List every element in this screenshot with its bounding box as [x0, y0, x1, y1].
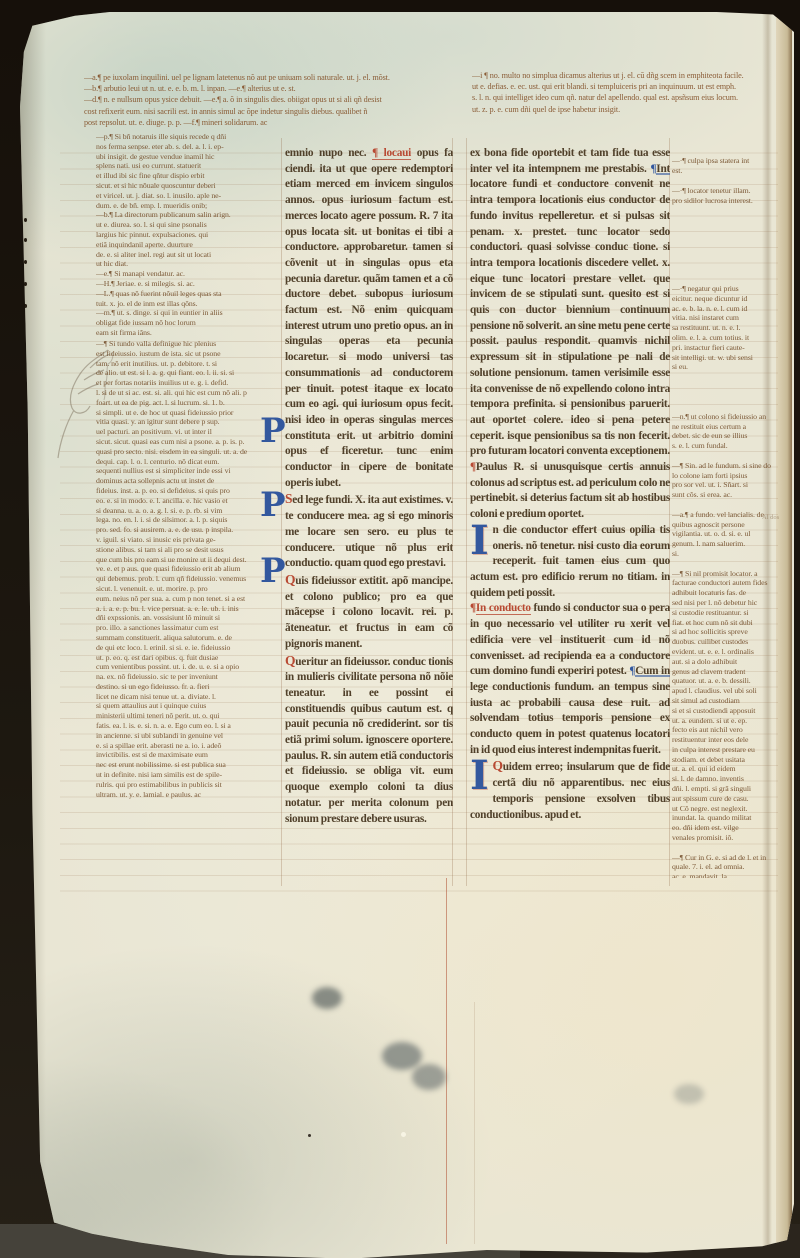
left-gloss-upper: —p.¶ Si bñ notaruis ille siquis recede q…	[96, 132, 284, 340]
right-gloss-4: —n.¶ ut colono si fideiussio an ne resti…	[672, 402, 784, 878]
top-gloss-left: —a.¶ pe iuxolam inquilini. uel pe lignam…	[84, 72, 480, 134]
margin-initial-P2: P	[260, 488, 286, 522]
left-gloss-lower: —¶ Si tundo valla definigue hic plenius …	[96, 339, 284, 811]
ink-stain	[312, 987, 342, 1009]
sewing-notch	[24, 260, 27, 264]
right-gloss-entry: —¶ Sin. ad le fundum. si sine do lo colo…	[672, 461, 784, 500]
col1-paragraph-4: Queritur an fideiussor. conduc tionis in…	[285, 653, 453, 828]
rubricated-phrase: ¶ locaui	[372, 147, 411, 160]
sewing-notch	[24, 282, 27, 286]
sewing-notch	[24, 218, 27, 222]
body-text: Paulus R. si unusquisque certis annuis c…	[470, 461, 670, 520]
body-text: opus fa ciendi. ita ut que opere redempt…	[285, 147, 453, 489]
body-text: ex bona fide oportebit et tam fide tua e…	[470, 147, 670, 175]
page-gutter-shade	[20, 12, 46, 1258]
body-text: emnio nupo nec.	[285, 147, 372, 159]
col1-paragraph-1: emnio nupo nec. ¶ locaui opus fa ciendi.…	[285, 146, 453, 491]
underlined-incipit: Cum in	[635, 665, 670, 677]
big-initial-I: I	[470, 760, 488, 792]
right-gloss-entry: —¶ Cur in G. e. si ad de l. et in quale.…	[672, 853, 784, 878]
manuscript-page: —a.¶ pe iuxolam inquilini. uel pe lignam…	[20, 12, 794, 1258]
right-gloss-3: —·¶ negatur qui prius eicitur. neque dic…	[672, 284, 780, 378]
faint-ruling-line	[474, 1002, 475, 1244]
top-gloss-right: —i ¶ no. multo no simplua dicamus alteri…	[472, 70, 794, 122]
sewing-notch	[24, 238, 27, 242]
red-ruling-line	[446, 878, 447, 1244]
ink-stain	[674, 1084, 704, 1104]
white-speck	[401, 1132, 406, 1137]
sewing-notch	[24, 304, 27, 308]
margin-initial-P3: P	[260, 554, 286, 588]
body-text: uis fideiussor extitit. apõ mancipe. et …	[285, 575, 453, 650]
col2-paragraph-4: IQuidem erreo; insularum que de fide cer…	[470, 758, 670, 823]
right-gloss-entry: —n.¶ ut colono si fideiussio an ne resti…	[672, 412, 784, 451]
initial-letter: Q	[492, 758, 502, 773]
margin-initial-P1: P	[260, 414, 286, 448]
col2-paragraph-1: ex bona fide oportebit et tam fide tua e…	[470, 146, 670, 523]
right-gloss-2: —·¶ locator tenetur illam. pro sidilor l…	[672, 186, 780, 220]
body-text: n die conductor effert cuius opilia tis …	[470, 524, 670, 599]
body-text: ed lege fundi. X. ita aut existimes. v. …	[285, 494, 453, 569]
col1-paragraph-3: Quis fideiussor extitit. apõ mancipe. et…	[285, 572, 453, 653]
col2-paragraph-2: In die conductor effert cuius opilia tis…	[470, 523, 670, 602]
body-text: ueritur an fideiussor. conduc tionis in …	[285, 656, 453, 825]
ink-stain	[412, 1064, 446, 1090]
column-ruling-line	[466, 138, 467, 886]
right-gloss-1: —·¶ culpa ipsa statera int est.	[672, 156, 780, 184]
underlined-incipit: Int	[656, 163, 670, 175]
big-initial-I: I	[470, 525, 488, 557]
col2-paragraph-3: ¶In conducto fundo si conductor sua o pe…	[470, 601, 670, 758]
pen-sketch-icon	[50, 346, 124, 474]
col1-paragraph-2: Sed lege fundi. X. ita aut existimes. v.…	[285, 491, 453, 572]
ink-stain	[382, 1042, 422, 1070]
main-column-1: emnio nupo nec. ¶ locaui opus fa ciendi.…	[285, 146, 453, 838]
rubricated-phrase: In conducto	[476, 602, 531, 615]
body-text: locatore fundi et conductore convenit ne…	[470, 178, 670, 457]
main-column-2: ex bona fide oportebit et tam fide tua e…	[470, 146, 670, 848]
dark-speck	[308, 1134, 311, 1137]
initial-letter: Q	[285, 572, 295, 587]
body-text: lege conductionis fundum. an tempus sine…	[470, 681, 670, 756]
right-gloss-entry: —¶ Si nil promisit locator. a facturae c…	[672, 569, 784, 843]
tiny-marginal-note: Al dos	[762, 514, 779, 521]
initial-letter: Q	[285, 653, 295, 668]
red-pilcrow: ¶	[470, 602, 476, 614]
